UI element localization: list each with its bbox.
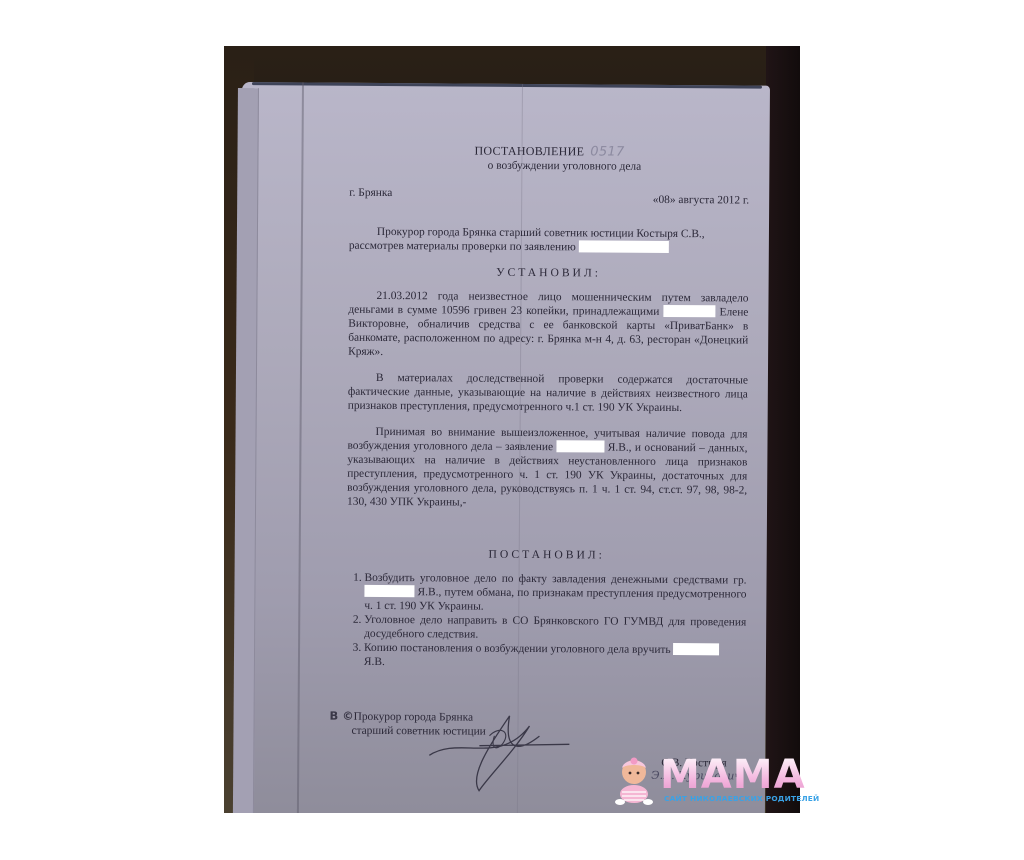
dark-background [766, 46, 800, 813]
resolved-item-2-text: Уголовное дело направить в СО Брянковско… [364, 614, 746, 641]
established-paragraph-1: 21.03.2012 года неизвестное лицо мошенни… [348, 289, 748, 362]
redaction-box [579, 240, 669, 253]
handwritten-number: 0517 [590, 144, 624, 159]
sheet-top-edge [252, 82, 762, 89]
brand-tagline: САЙТ НИКОЛАЕВСКИХ РОДИТЕЛЕЙ [664, 794, 819, 803]
established-paragraph-2: В материалах доследственной проверки сод… [348, 371, 748, 416]
resolved-item-1-text-a: Возбудить уголовное дело по факту завлад… [364, 572, 746, 587]
resolved-item-2: Уголовное дело направить в СО Брянковско… [364, 613, 746, 644]
stamp-mark: В © [330, 709, 354, 723]
intro-line-2: рассмотрев материалы проверки по заявлен… [349, 239, 749, 256]
redaction-box [663, 305, 715, 317]
paper-sheet: ПОСТАНОВЛЕНИЕ0517 о возбуждении уголовно… [237, 82, 770, 813]
brand-name: МАМА [660, 752, 806, 798]
intro-line-2-text: рассмотрев материалы проверки по заявлен… [349, 240, 576, 254]
resolved-item-1: Возбудить уголовное дело по факту завлад… [364, 571, 746, 616]
redaction-box [556, 440, 604, 452]
section-established-heading: УСТАНОВИЛ: [349, 265, 749, 282]
resolved-list: Возбудить уголовное дело по факту завлад… [346, 571, 747, 672]
document-subtitle: о возбуждении уголовного дела [379, 158, 749, 175]
title-text: ПОСТАНОВЛЕНИЕ [474, 144, 584, 159]
redaction-box [364, 585, 414, 597]
place: г. Брянка [349, 186, 392, 205]
section-resolved-heading: ПОСТАНОВИЛ: [347, 547, 747, 564]
document-photo: ПОСТАНОВЛЕНИЕ0517 о возбуждении уголовно… [224, 46, 800, 813]
resolved-item-1-text-b: Я.В., путем обмана, по признакам преступ… [364, 586, 746, 612]
resolved-item-3-text-a: Копию постановления о возбуждении уголов… [364, 642, 671, 656]
date: «08» августа 2012 г. [653, 193, 749, 208]
place-date-row: г. Брянка «08» августа 2012 г. [349, 186, 749, 208]
fold-line [297, 82, 304, 813]
watermark-logo: МАМА САЙТ НИКОЛАЕВСКИХ РОДИТЕЛЕЙ [608, 752, 798, 810]
redaction-box [673, 643, 719, 655]
underlying-pages [233, 88, 259, 813]
established-paragraph-3: Принимая во внимание вышеизложенное, учи… [347, 425, 748, 512]
intro: Прокурор города Брянка старший советник … [349, 225, 749, 256]
document-body: ПОСТАНОВЛЕНИЕ0517 о возбуждении уголовно… [346, 143, 750, 672]
resolved-item-3-text-b: Я.В. [364, 656, 385, 668]
resolved-item-3: Копию постановления о возбуждении уголов… [364, 641, 746, 672]
handwritten-signature-icon [419, 705, 580, 796]
baby-doll-icon [612, 756, 656, 806]
